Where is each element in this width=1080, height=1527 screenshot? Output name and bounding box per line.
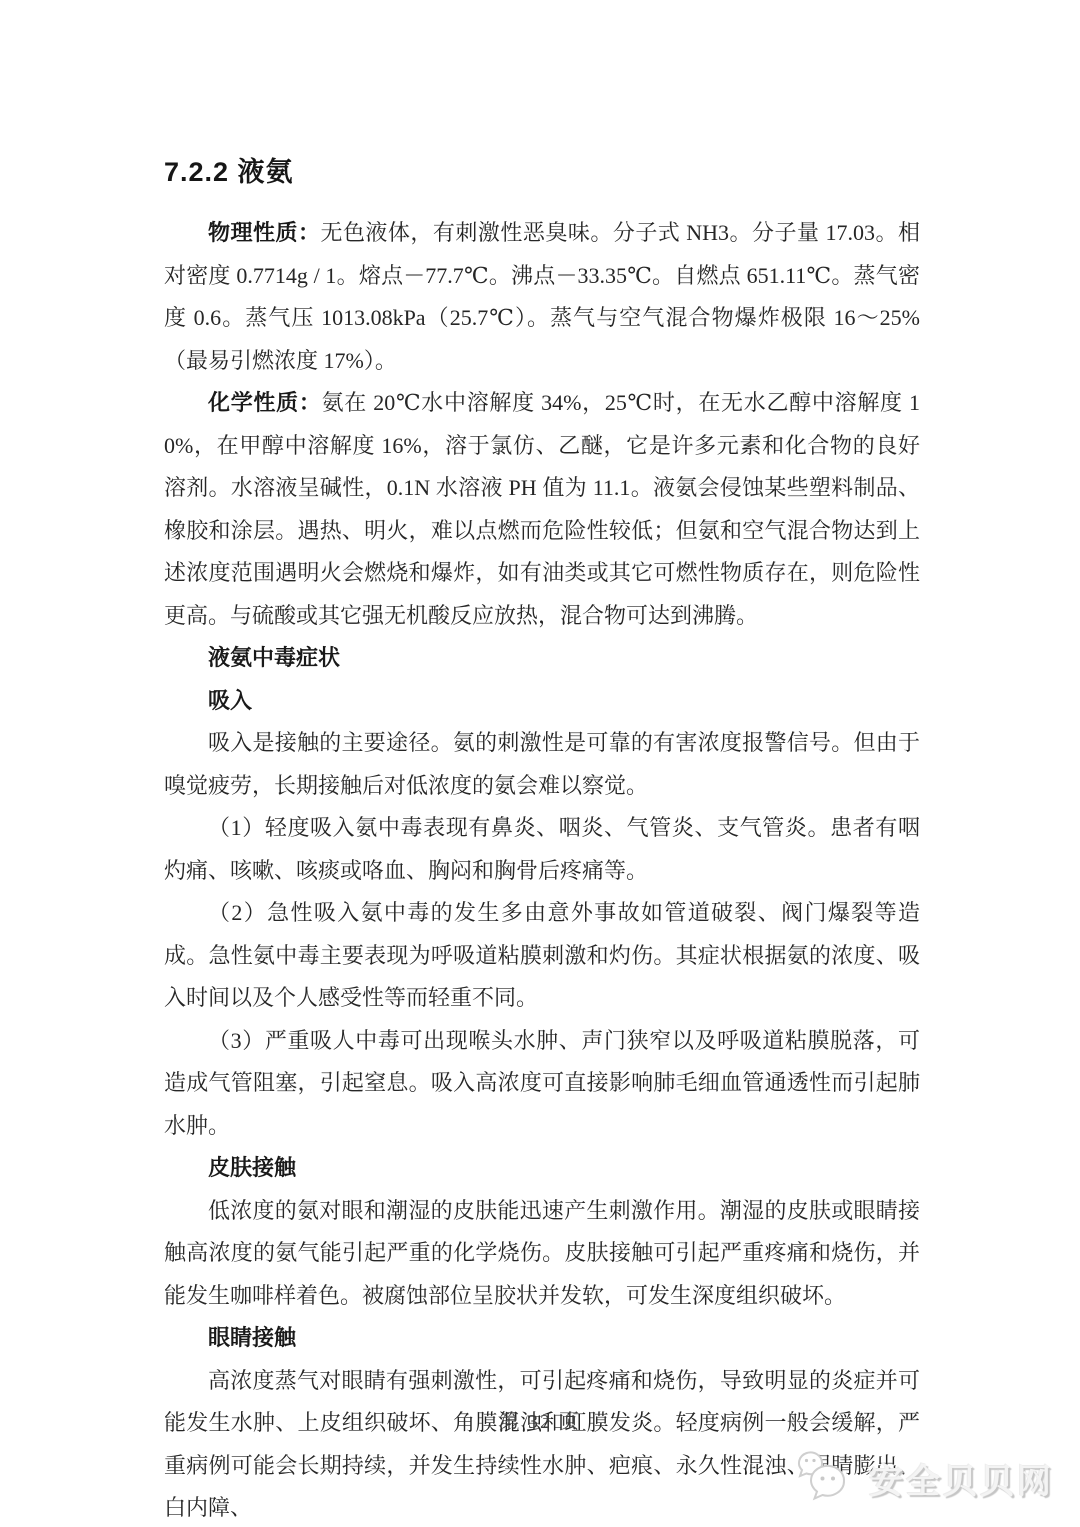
paragraph-inhalation-intro: 吸入是接触的主要途径。氨的刺激性是可靠的有害浓度报警信号。但由于嗅觉疲劳，长期接… <box>164 722 920 807</box>
subheading-eye-contact: 眼睛接触 <box>164 1317 920 1360</box>
wechat-bubbles-icon <box>797 1450 861 1507</box>
watermark-label: 安全贝贝网 <box>869 1454 1054 1503</box>
section-heading: 7.2.2 液氨 <box>164 150 920 189</box>
paragraph-skin-contact: 低浓度的氨对眼和潮湿的皮肤能迅速产生刺激作用。潮湿的皮肤或眼睛接触高浓度的氨气能… <box>164 1190 920 1318</box>
paragraph-inhalation-severe: （3）严重吸人中毒可出现喉头水肿、声门狭窄以及呼吸道粘膜脱落，可造成气管阻塞，引… <box>164 1020 920 1148</box>
document-body: 7.2.2 液氨 物理性质：无色液体，有刺激性恶臭味。分子式 NH3。分子量 1… <box>164 150 920 1527</box>
subheading-inhalation: 吸入 <box>164 680 920 723</box>
paragraph-chemical-properties: 化学性质：氨在 20℃水中溶解度 34%，25℃时，在无水乙醇中溶解度 10%，… <box>164 382 920 637</box>
paragraph-inhalation-mild: （1）轻度吸入氨中毒表现有鼻炎、咽炎、气管炎、支气管炎。患者有咽灼痛、咳嗽、咳痰… <box>164 807 920 892</box>
subheading-skin-contact: 皮肤接触 <box>164 1147 920 1190</box>
paragraph-chemical-properties-text: 氨在 20℃水中溶解度 34%，25℃时，在无水乙醇中溶解度 10%，在甲醇中溶… <box>164 390 920 628</box>
paragraph-inhalation-acute: （2）急性吸入氨中毒的发生多由意外事故如管道破裂、阀门爆裂等造成。急性氨中毒主要… <box>164 892 920 1020</box>
lead-chemical-properties: 化学性质： <box>208 390 322 415</box>
subheading-poisoning-symptoms: 液氨中毒症状 <box>164 637 920 680</box>
watermark: 安全贝贝网 <box>797 1450 1054 1507</box>
lead-physical-properties: 物理性质： <box>208 220 320 245</box>
document-page: 7.2.2 液氨 物理性质：无色液体，有刺激性恶臭味。分子式 NH3。分子量 1… <box>0 0 1080 1527</box>
page-number: 第 32 页 <box>0 1405 1080 1434</box>
paragraph-physical-properties: 物理性质：无色液体，有刺激性恶臭味。分子式 NH3。分子量 17.03。相对密度… <box>164 212 920 382</box>
